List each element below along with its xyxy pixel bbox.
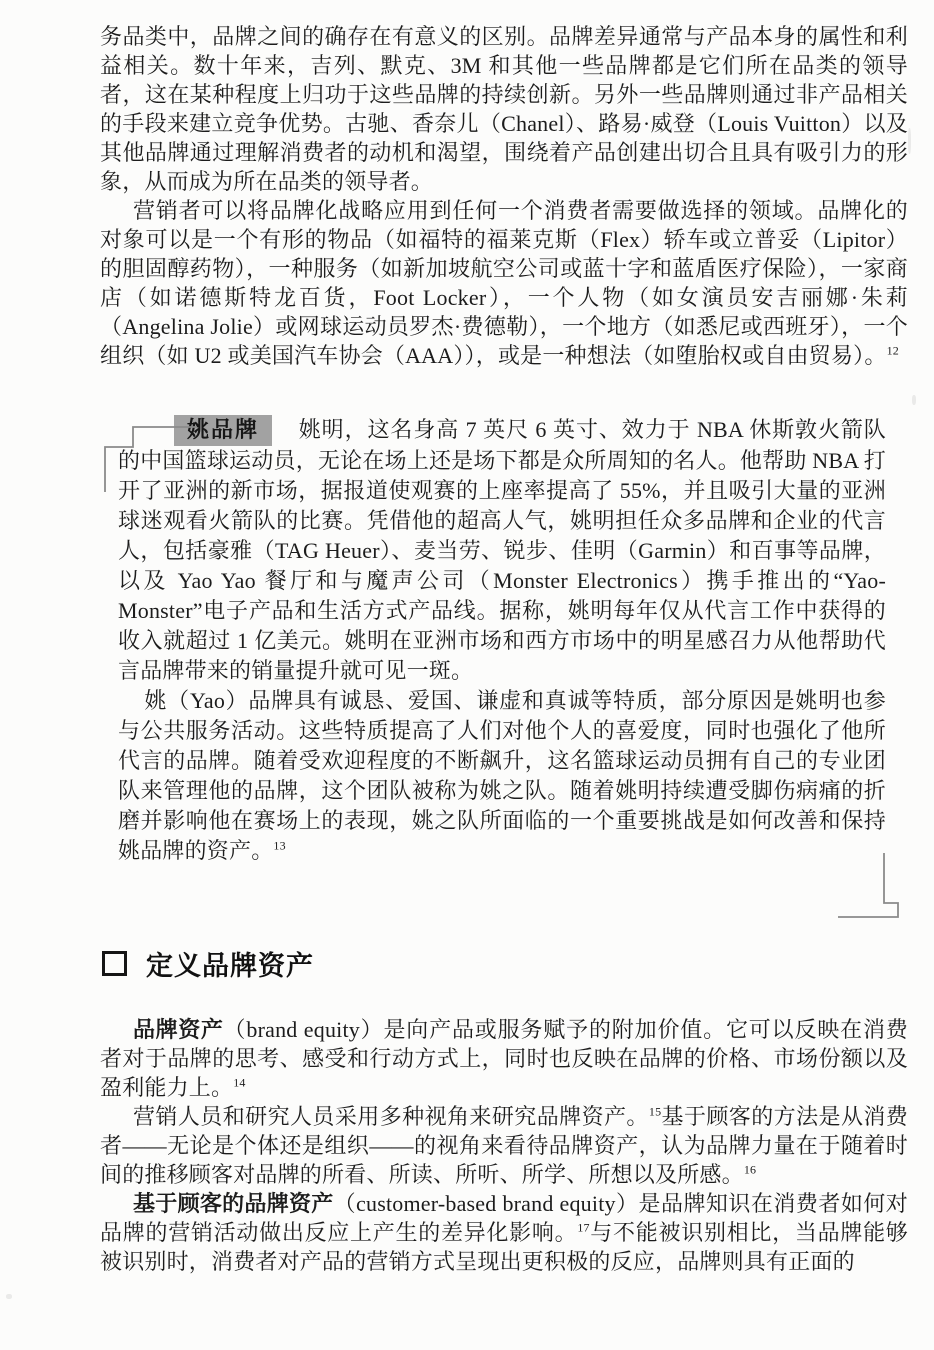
- sidebar-title-badge: 姚品牌: [174, 415, 272, 446]
- yao-box-paragraph-1-text: 姚明，这名身高 7 英尺 6 英寸、效力于 NBA 休斯敦火箭队的中国篮球运动员…: [118, 417, 886, 683]
- section-title: 定义品牌资产: [146, 944, 314, 983]
- paragraph-customer-based-brand-equity: 基于顾客的品牌资产（customer-based brand equity）是品…: [100, 1189, 908, 1276]
- paragraph-brand-equity-perspectives: 营销人员和研究人员采用多种视角来研究品牌资产。15基于顾客的方法是从消费者——无…: [100, 1102, 908, 1189]
- section-heading-define-brand-equity: 定义品牌资产: [102, 944, 908, 983]
- square-outline-icon: [102, 951, 127, 976]
- book-page: 务品类中，品牌之间的确存在有意义的区别。品牌差异通常与产品本身的属性和利益相关。…: [0, 0, 934, 1350]
- yao-box-paragraph-1: 姚品牌姚明，这名身高 7 英尺 6 英寸、效力于 NBA 休斯敦火箭队的中国篮球…: [118, 415, 886, 686]
- yao-brand-sidebar: 姚品牌姚明，这名身高 7 英尺 6 英寸、效力于 NBA 休斯敦火箭队的中国篮球…: [100, 415, 908, 866]
- paragraph-brand-differences: 务品类中，品牌之间的确存在有意义的区别。品牌差异通常与产品本身的属性和利益相关。…: [100, 22, 908, 196]
- scan-speck: [912, 395, 916, 405]
- paragraph-brand-equity-definition: 品牌资产（brand equity）是向产品或服务赋予的附加价值。它可以反映在消…: [100, 1015, 908, 1102]
- yao-box-paragraph-2: 姚（Yao）品牌具有诚恳、爱国、谦虚和真诚等特质，部分原因是姚明也参与公共服务活…: [118, 686, 886, 866]
- scan-speck: [908, 128, 911, 154]
- scan-speck: [6, 1294, 12, 1299]
- paragraph-branding-applications: 营销者可以将品牌化战略应用到任何一个消费者需要做选择的领域。品牌化的对象可以是一…: [100, 196, 908, 370]
